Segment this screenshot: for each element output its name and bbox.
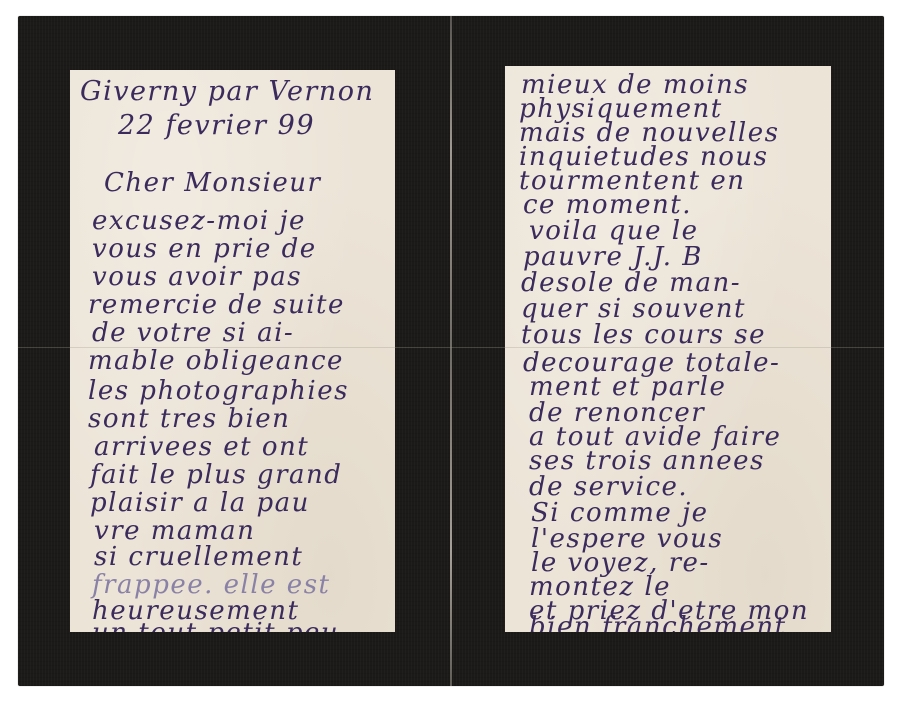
letter-line: mable obligeance [88,346,344,376]
letter-line: plaisir a la pau [90,488,310,518]
letter-line: sont tres bien [88,404,290,434]
letter-place: Giverny par Vernon [80,76,374,107]
left-page: Giverny par Vernon 22 fevrier 99 Cher Mo… [70,70,395,632]
right-page: mieux de moins physiquement mais de nouv… [505,66,831,632]
letter-date: 22 fevrier 99 [118,110,315,141]
letter-line: fait le plus grand [90,460,342,490]
letter-salutation: Cher Monsieur [104,168,321,198]
mourning-card-border: Giverny par Vernon 22 fevrier 99 Cher Mo… [18,16,884,686]
letter-line: vous en prie de [92,234,317,264]
letter-line: de votre si ai- [92,318,294,348]
letter-line: les photographies [88,376,349,406]
letter-line: un tout petit peu [92,618,339,632]
letter-line: excusez-moi je [92,206,306,236]
center-fold [450,16,452,686]
letter-line: vous avoir pas [92,262,302,292]
letter-line: remercie de suite [88,290,345,320]
letter-line: arrivees et ont [94,432,309,462]
letter-line: tous les cours se [521,320,766,350]
letter-line: bien franchement [529,612,787,632]
letter-line: si cruellement [94,542,303,572]
